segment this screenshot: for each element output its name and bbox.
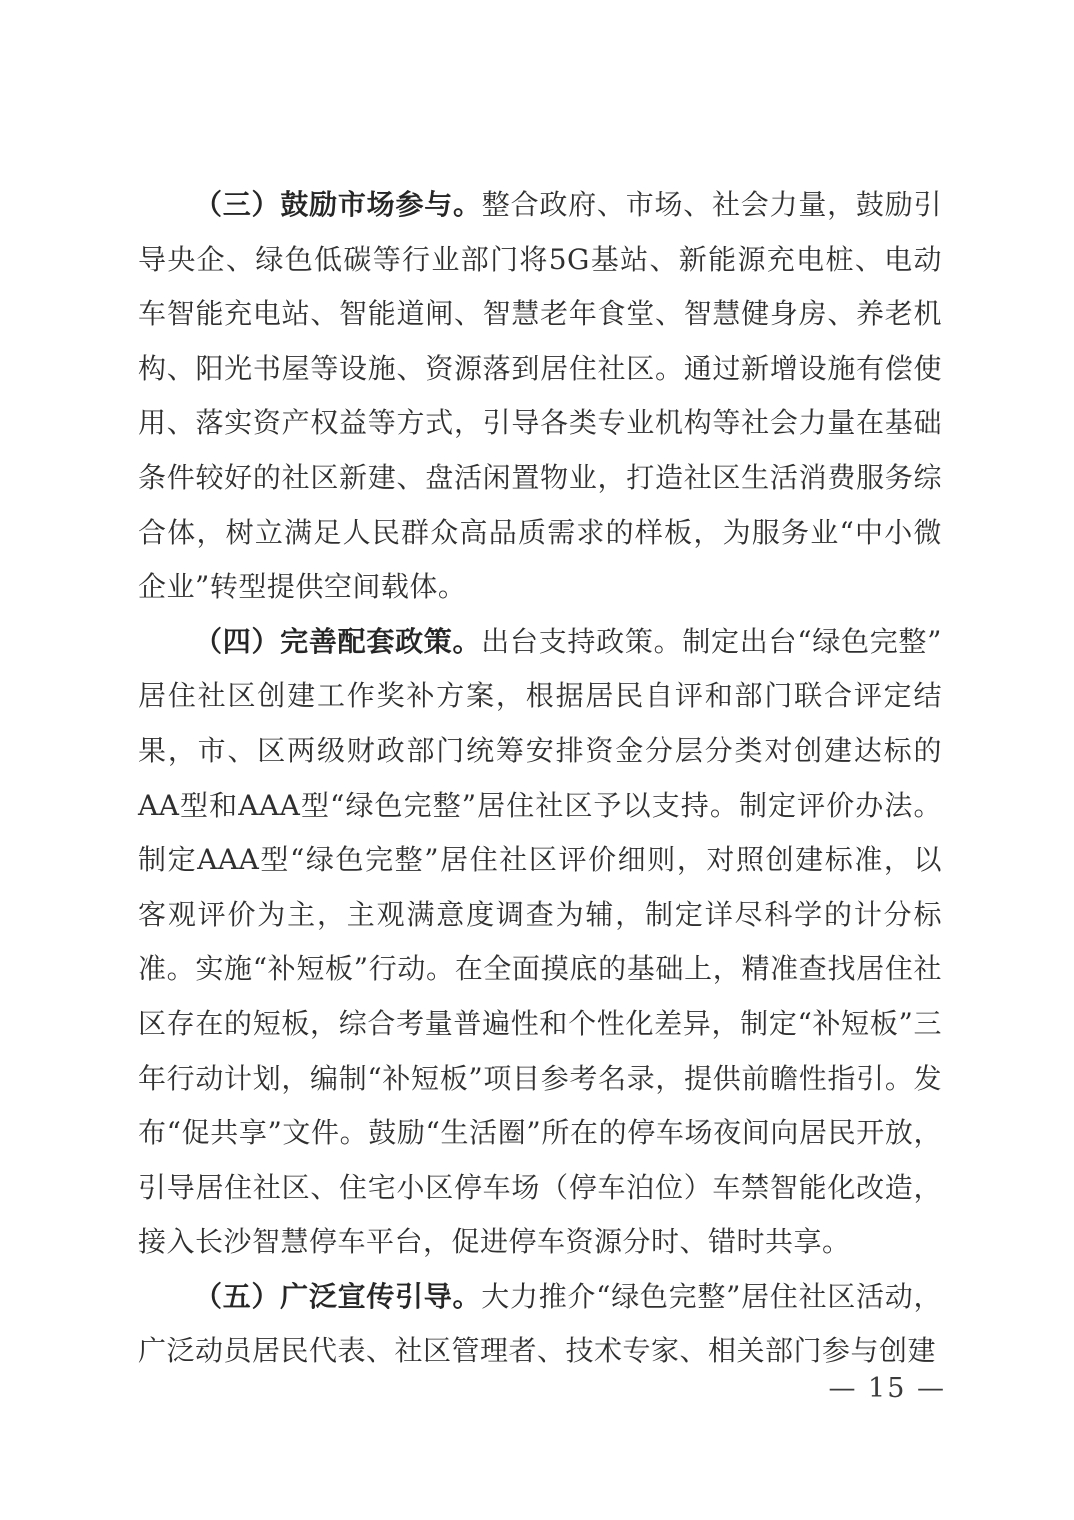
page-number: — 15 —	[828, 1373, 946, 1404]
section-heading-5: （五）广泛宣传引导。	[194, 1280, 481, 1313]
document-page: （三）鼓励市场参与。整合政府、市场、社会力量，鼓励引导央企、绿色低碳等行业部门将…	[0, 0, 1074, 1520]
section-heading-4: （四）完善配套政策。	[194, 625, 481, 658]
paragraph-section-5: （五）广泛宣传引导。大力推介“绿色完整”居住社区活动，广泛动员居民代表、社区管理…	[138, 1270, 942, 1379]
section-text-4: 出台支持政策。制定出台“绿色完整”居住社区创建工作奖补方案，根据居民自评和部门联…	[138, 625, 942, 1259]
page-footer: — 15 —	[828, 1372, 946, 1406]
paragraph-section-4: （四）完善配套政策。出台支持政策。制定出台“绿色完整”居住社区创建工作奖补方案，…	[138, 615, 942, 1270]
paragraph-section-3: （三）鼓励市场参与。整合政府、市场、社会力量，鼓励引导央企、绿色低碳等行业部门将…	[138, 178, 942, 615]
document-body: （三）鼓励市场参与。整合政府、市场、社会力量，鼓励引导央企、绿色低碳等行业部门将…	[138, 178, 942, 1379]
section-heading-3: （三）鼓励市场参与。	[194, 188, 482, 221]
section-text-3: 整合政府、市场、社会力量，鼓励引导央企、绿色低碳等行业部门将5G基站、新能源充电…	[138, 188, 942, 603]
